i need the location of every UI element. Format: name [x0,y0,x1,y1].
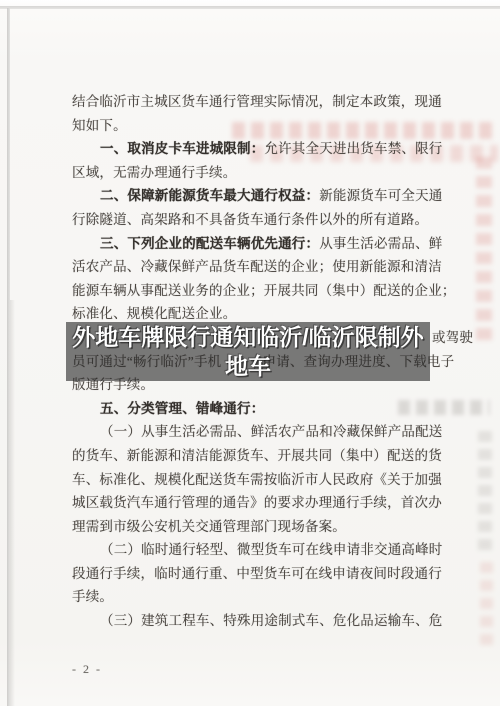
bleed-through-artifact [478,430,492,550]
document-line: 城区载货汽车通行管理的通告》的要求办理通行手续，首次办 [72,491,464,515]
scan-edge-left-shadow [10,300,15,706]
document-line: （一）从事生活必需品、鲜活农产品和冷藏保鲜产品配送 [72,420,464,444]
document-line: 段通行手续，临时通行重、中型货车可在线申请夜间时段通行 [72,562,464,586]
document-line: 的货车、新能源和清洁能源货车、开展共同（集中）配送的货 [72,444,464,468]
document-heading-segment: 一、取消皮卡车进城限制： [100,141,264,156]
document-line: 三、下列企业的配送车辆优先通行：从事生活必需品、鲜 [72,232,464,256]
bleed-through-artifact [476,150,492,340]
document-text-segment: 标准化、规模化配送企业。 [72,306,236,321]
document-text-segment: 车、标准化、规模化配送货车需按临沂市人民政府《关于加强 [72,472,442,487]
document-line: 理需到市级公安机关交通管理部门现场备案。 [72,515,464,539]
document-line: 手续。 [72,585,464,609]
document-text-segment: 的货车、新能源和清洁能源货车、开展共同（集中）配送的货 [72,448,442,463]
document-text-segment: 城区载货汽车通行管理的通告》的要求办理通行手续，首次办 [72,495,442,510]
document-text-segment: 知如下。 [72,118,127,133]
document-line: 二、保障新能源货车最大通行权益：新能源货车可全天通 [72,184,464,208]
scan-edge-top [0,6,500,9]
document-text-segment: （二）临时通行轻型、微型货车可在线申请非交通高峰时 [100,542,443,557]
document-text-segment: 行除隧道、高架路和不具备货车通行条件以外的所有道路。 [72,212,428,227]
title-overlay-text: 外地车牌限行通知临沂/临沂限制外地车 [66,323,430,381]
document-heading-segment: 三、下列企业的配送车辆优先通行： [100,236,319,251]
document-text-segment: 段通行手续，临时通行重、中型货车可在线申请夜间时段通行 [72,566,442,581]
document-text-segment: （三）建筑工程车、特殊用途制式车、危化品运输车、危 [100,613,443,628]
document-line: （三）建筑工程车、特殊用途制式车、危化品运输车、危 [72,609,464,633]
document-text-segment: 能源车辆从事配送业务的企业；开展共同（集中）配送的企业； [72,283,456,298]
document-line: 知如下。 [72,114,464,138]
document-line: 车、标准化、规模化配送货车需按临沂市人民政府《关于加强 [72,468,464,492]
scanned-document-page: 结合临沂市主城区货车通行管理实际情况，制定本政策，现通知如下。一、取消皮卡车进城… [0,0,500,706]
document-line: 行除隧道、高架路和不具备货车通行条件以外的所有道路。 [72,208,464,232]
document-text-segment: 活农产品、冷藏保鲜产品货车配送的企业；使用新能源和清洁 [72,259,442,274]
document-heading-segment: 二、保障新能源货车最大通行权益： [100,188,319,203]
document-line: （二）临时通行轻型、微型货车可在线申请非交通高峰时 [72,538,464,562]
document-line: 五、分类管理、错峰通行： [72,397,464,421]
document-line: 活农产品、冷藏保鲜产品货车配送的企业；使用新能源和清洁 [72,255,464,279]
document-text-segment: 从事生活必需品、鲜 [319,236,442,251]
page-number: - 2 - [72,662,102,677]
document-text-segment: 手续。 [72,589,113,604]
document-text-segment: 新能源货车可全天通 [319,188,442,203]
document-line: 能源车辆从事配送业务的企业；开展共同（集中）配送的企业； [72,279,464,303]
document-text-segment: 理需到市级公安机关交通管理部门现场备案。 [72,519,346,534]
bleed-through-artifact [480,560,493,645]
document-text-segment: （一）从事生活必需品、鲜活农产品和冷藏保鲜产品配送 [100,424,443,439]
document-line: 一、取消皮卡车进城限制：允许其全天进出货车禁、限行 [72,137,464,161]
document-line: 结合临沂市主城区货车通行管理实际情况，制定本政策，现通 [72,90,464,114]
document-text-segment: 区域，无需办理通行手续。 [72,165,236,180]
title-overlay-banner: 外地车牌限行通知临沂/临沂限制外地车 [66,322,430,381]
document-text-segment: 允许其全天进出货车禁、限行 [264,141,442,156]
document-heading-segment: 五、分类管理、错峰通行： [100,401,264,416]
document-line: 区域，无需办理通行手续。 [72,161,464,185]
document-text-segment: 或驾驶 [432,330,473,345]
document-text-segment: 结合临沂市主城区货车通行管理实际情况，制定本政策，现通 [72,94,442,109]
